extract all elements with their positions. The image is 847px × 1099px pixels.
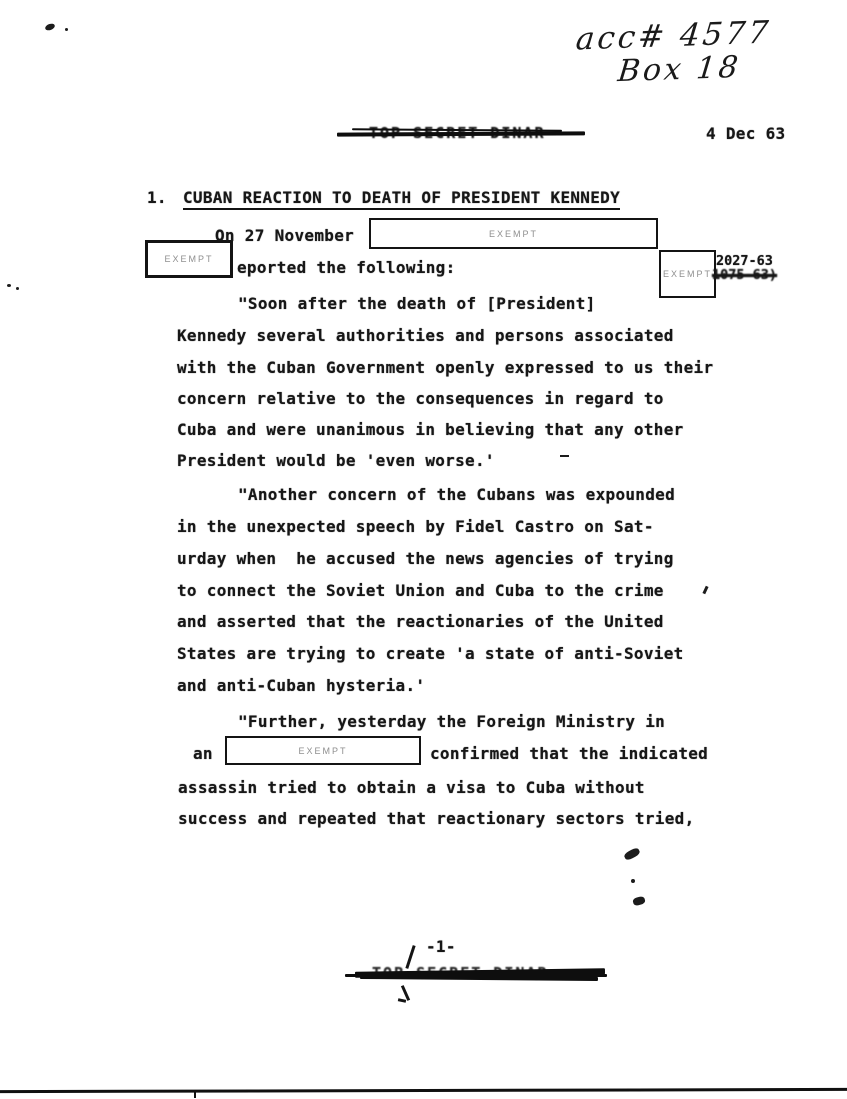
redaction-box-exempt: EXEMPT [225,736,421,765]
header-strike-bar [337,131,585,136]
typewritten-line: President would be 'even worse.' [177,451,495,470]
scan-edge-tick [194,1091,196,1098]
redaction-box-exempt: EXEMPT [369,218,658,249]
scanned-document-page: acc# 4577 Box 18 TOP SECRET DINAR 4 Dec … [0,0,847,1099]
typewritten-line: On 27 November [215,226,354,245]
typewritten-line: Kennedy several authorities and persons … [177,326,674,345]
page-number: -1- [426,937,456,956]
typewritten-line: eported the following: [237,258,456,277]
reference-number-struck: 1075-63) [712,267,777,283]
footer-strike-bar [345,974,607,977]
heading-number: 1. [147,188,167,207]
typewritten-line: with the Cuban Government openly express… [177,358,713,377]
scan-speck [7,284,11,287]
typewritten-line: "Another concern of the Cubans was expou… [238,485,675,504]
redaction-box-exempt: EXEMPT [145,240,233,278]
redaction-box-exempt: EXEMPT [659,250,716,298]
typewritten-line: success and repeated that reactionary se… [178,809,695,828]
handwritten-box-number: Box 18 [616,50,742,89]
handwritten-accession-number: acc# 4577 [574,15,773,58]
typewritten-line: "Further, yesterday the Foreign Ministry… [238,712,665,731]
typewritten-line: and asserted that the reactionaries of t… [177,612,664,631]
scan-speck [44,22,55,31]
typewritten-line: "Soon after the death of [President] [238,294,596,313]
typewritten-line: to connect the Soviet Union and Cuba to … [177,581,664,600]
redaction-label: EXEMPT [298,746,347,756]
typewritten-line: in the unexpected speech by Fidel Castro… [177,517,654,536]
pencil-squiggle [398,998,406,1003]
typewritten-line: Cuba and were unanimous in believing tha… [177,420,684,439]
redaction-label: EXEMPT [164,254,213,264]
scan-edge-line [0,1088,847,1093]
section-heading-text: CUBAN REACTION TO DEATH OF PRESIDENT KEN… [183,188,620,210]
typewritten-line: States are trying to create 'a state of … [177,644,684,663]
document-date: 4 Dec 63 [706,124,785,143]
scan-speck [631,879,635,883]
scan-smudge [623,847,641,862]
typewritten-line: concern relative to the consequences in … [177,389,664,408]
section-heading: CUBAN REACTION TO DEATH OF PRESIDENT KEN… [183,188,620,207]
scan-speck [560,455,569,457]
scan-speck [702,586,708,595]
typewritten-line: and anti-Cuban hysteria.' [177,676,425,695]
typewritten-line: confirmed that the indicated [430,744,708,763]
typewritten-line: an [193,744,213,763]
typewritten-line: assassin tried to obtain a visa to Cuba … [178,778,645,797]
scan-speck [65,28,68,31]
typewritten-line: urday when he accused the news agencies … [177,549,674,568]
scan-smudge [632,896,646,907]
redaction-label: EXEMPT [489,229,538,239]
scan-speck [16,287,19,290]
redaction-label: EXEMPT [663,269,712,279]
